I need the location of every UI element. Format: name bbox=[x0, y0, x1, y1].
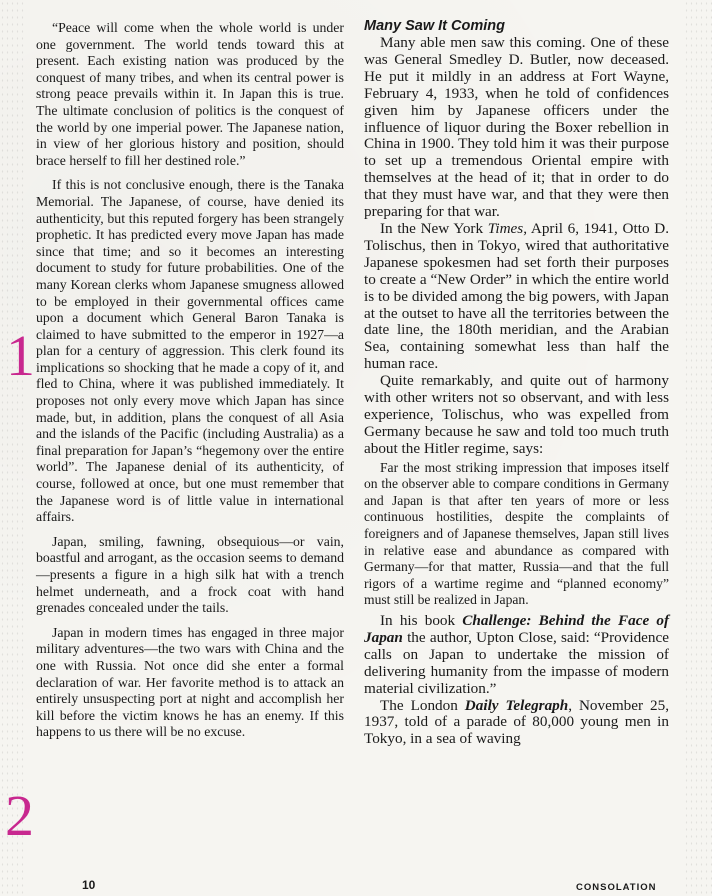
tanaka-memorial-paragraph: If this is not conclusive enough, there … bbox=[36, 177, 344, 525]
publication-title: Daily Telegraph bbox=[465, 697, 568, 714]
butler-paragraph: Many able men saw this coming. One of th… bbox=[364, 35, 669, 221]
military-adventures-paragraph: Japan in modern times has engaged in thr… bbox=[36, 625, 344, 741]
section-subhead: Many Saw It Coming bbox=[364, 18, 669, 35]
annotation-marker-2: 2 bbox=[5, 787, 34, 845]
page-number: 10 bbox=[82, 878, 95, 892]
japan-figure-paragraph: Japan, smiling, fawning, obsequious—or v… bbox=[36, 534, 344, 617]
page-edge-left bbox=[0, 0, 26, 896]
telegraph-paragraph: The London Daily Telegraph, November 25,… bbox=[364, 698, 669, 749]
publication-title: Times bbox=[488, 220, 523, 237]
running-footer: CONSOLATION bbox=[576, 882, 657, 893]
right-column: Many Saw It Coming Many able men saw thi… bbox=[364, 18, 669, 748]
tolischus-paragraph: Quite remarkably, and quite out of harmo… bbox=[364, 373, 669, 458]
upton-close-paragraph: In his book Challenge: Behind the Face o… bbox=[364, 613, 669, 698]
tolischus-quote: Far the most striking impression that im… bbox=[364, 460, 669, 609]
left-column: “Peace will come when the whole world is… bbox=[36, 20, 344, 749]
magazine-page: “Peace will come when the whole world is… bbox=[0, 0, 712, 896]
page-edge-right bbox=[684, 0, 712, 896]
annotation-marker-1: 1 bbox=[6, 327, 35, 385]
nyt-paragraph: In the New York Times, April 6, 1941, Ot… bbox=[364, 221, 669, 373]
quote-paragraph: “Peace will come when the whole world is… bbox=[36, 20, 344, 169]
